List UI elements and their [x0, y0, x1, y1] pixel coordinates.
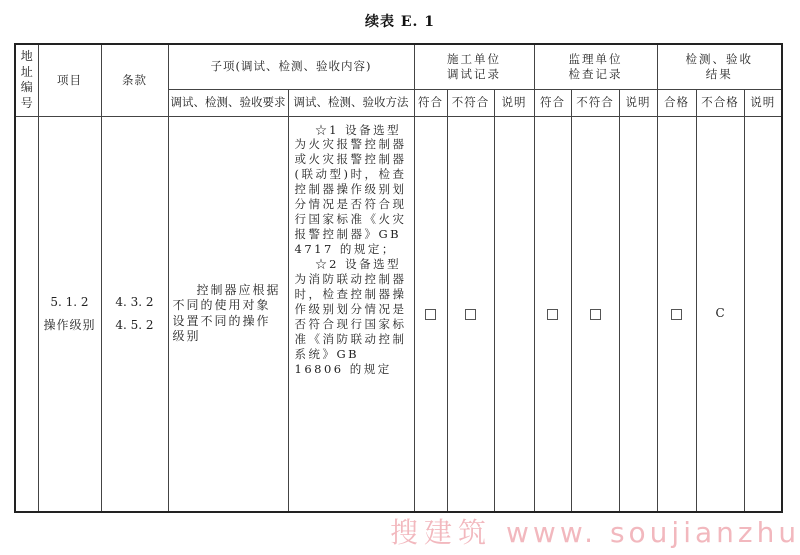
- supervision-nonconform-cell[interactable]: [571, 116, 619, 512]
- clause-ref: 4. 3. 2: [115, 295, 153, 309]
- table-row: 5. 1. 2 操作级别 4. 3. 2 4. 5. 2 控制器应根据不同的使用…: [15, 116, 782, 512]
- inspection-table: 地 址 编 号 项目 条款 子项(调试、检测、验收内容) 施工单位 调试记录 监…: [14, 43, 783, 513]
- construction-nonconform-checkbox[interactable]: [465, 309, 476, 320]
- result-note-cell[interactable]: [744, 116, 782, 512]
- header-address-char: 编: [21, 80, 33, 94]
- header-construction-note: 说明: [494, 89, 534, 116]
- result-pass-cell[interactable]: [657, 116, 696, 512]
- header-clause: 条款: [101, 44, 168, 116]
- result-pass-checkbox[interactable]: [671, 309, 682, 320]
- supervision-note-cell[interactable]: [619, 116, 657, 512]
- address-no-cell: [15, 116, 38, 512]
- method-item-2: ☆2 设备选型为消防联动控制器时，检查控制器操作级别划分情况是否符合现行国家标准…: [295, 257, 408, 377]
- header-result-pass: 合格: [657, 89, 696, 116]
- item-name: 操作级别: [43, 318, 95, 332]
- header-supervision-unit: 监理单位 检查记录: [534, 44, 657, 89]
- watermark-cn: 搜建筑: [390, 516, 492, 549]
- watermark: 搜建筑www. soujianzhu. cn: [390, 511, 800, 551]
- header-construction-line2: 调试记录: [447, 67, 501, 81]
- header-address-char: 号: [21, 96, 33, 110]
- clause-cell: 4. 3. 2 4. 5. 2: [101, 116, 168, 512]
- header-supervision-line1: 监理单位: [569, 52, 623, 66]
- header-construction-conform: 符合: [414, 89, 447, 116]
- header-result: 检测、验收 结果: [657, 44, 782, 89]
- construction-note-cell[interactable]: [494, 116, 534, 512]
- header-construction-nonconform: 不符合: [447, 89, 494, 116]
- header-supervision-note: 说明: [619, 89, 657, 116]
- header-method: 调试、检测、验收方法: [288, 89, 414, 116]
- result-fail-cell[interactable]: C: [696, 116, 744, 512]
- header-construction-unit: 施工单位 调试记录: [414, 44, 534, 89]
- header-result-note: 说明: [744, 89, 782, 116]
- watermark-url: www. soujianzhu. cn: [506, 516, 800, 549]
- supervision-nonconform-checkbox[interactable]: [590, 309, 601, 320]
- construction-nonconform-cell[interactable]: [447, 116, 494, 512]
- header-sub-item: 子项(调试、检测、验收内容): [168, 44, 414, 89]
- header-result-line2: 结果: [706, 67, 733, 81]
- header-supervision-nonconform: 不符合: [571, 89, 619, 116]
- header-supervision-line2: 检查记录: [569, 67, 623, 81]
- header-address-no: 地 址 编 号: [15, 44, 38, 116]
- header-result-fail: 不合格: [696, 89, 744, 116]
- method-item-1: ☆1 设备选型为火灾报警控制器或火灾报警控制器(联动型)时，检查控制器操作级别划…: [295, 123, 408, 257]
- supervision-conform-cell[interactable]: [534, 116, 571, 512]
- header-address-char: 地: [21, 49, 33, 63]
- header-row-1: 地 址 编 号 项目 条款 子项(调试、检测、验收内容) 施工单位 调试记录 监…: [15, 44, 782, 89]
- header-item: 项目: [38, 44, 101, 116]
- header-supervision-conform: 符合: [534, 89, 571, 116]
- item-code: 5. 1. 2: [50, 295, 88, 309]
- header-requirement: 调试、检测、验收要求: [168, 89, 288, 116]
- construction-conform-cell[interactable]: [414, 116, 447, 512]
- construction-conform-checkbox[interactable]: [425, 309, 436, 320]
- item-cell: 5. 1. 2 操作级别: [38, 116, 101, 512]
- method-cell: ☆1 设备选型为火灾报警控制器或火灾报警控制器(联动型)时，检查控制器操作级别划…: [288, 116, 414, 512]
- table-title: 续表 E. 1: [0, 11, 800, 31]
- header-address-char: 址: [21, 65, 33, 79]
- header-construction-line1: 施工单位: [447, 52, 501, 66]
- supervision-conform-checkbox[interactable]: [547, 309, 558, 320]
- requirement-cell: 控制器应根据不同的使用对象设置不同的操作级别: [168, 116, 288, 512]
- clause-ref: 4. 5. 2: [115, 318, 153, 332]
- header-result-line1: 检测、验收: [686, 52, 754, 66]
